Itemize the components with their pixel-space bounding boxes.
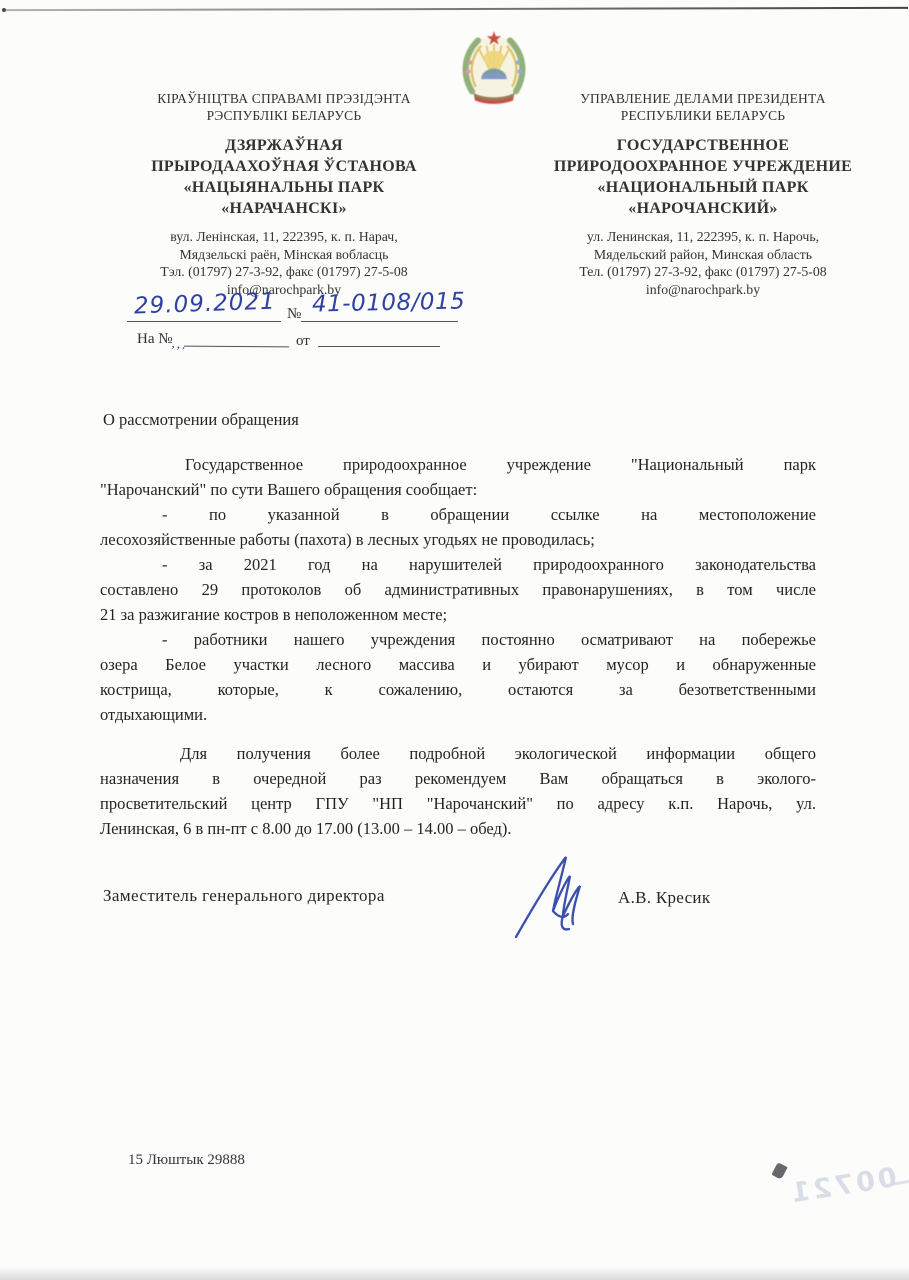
org-line: ПРИРОДООХРАННОЕ УЧРЕЖДЕНИЕ (524, 156, 882, 177)
address-line: Тэл. (01797) 27-3-92, факс (01797) 27-5-… (110, 263, 458, 281)
body-line: кострища, которые, к сожалению, остаются… (100, 677, 816, 702)
address-line: Тел. (01797) 27-3-92, факс (01797) 27-5-… (524, 263, 882, 281)
incoming-number-label: На № (137, 331, 173, 348)
scan-bottom-edge (0, 1267, 909, 1280)
body-line: составлено 29 протоколов об администрати… (100, 577, 816, 602)
body-line: озера Белое участки лесного массива и уб… (100, 652, 816, 677)
scanned-letter-page: КІРАЎНІЦТВА СПРАВАМІ ПРЭЗІДЭНТА РЭСПУБЛІ… (0, 0, 909, 1280)
org-line: «НАРАЧАНСКІ» (110, 198, 458, 219)
body-line: Государственное природоохранное учрежден… (100, 452, 816, 477)
number-underline (301, 321, 458, 322)
org-line: «НАРОЧАНСКИЙ» (524, 198, 882, 219)
handwritten-signature (512, 851, 607, 941)
address-line: Мядельский район, Минская область (524, 246, 882, 264)
letterhead-belarusian: КІРАЎНІЦТВА СПРАВАМІ ПРЭЗІДЭНТА РЭСПУБЛІ… (110, 90, 458, 298)
body-line: - по указанной в обращении ссылке на мес… (100, 502, 816, 527)
incoming-number-underline (184, 346, 289, 348)
handwritten-date: 29.09.2021 (134, 289, 277, 320)
bleedthrough-number: 00721 (766, 1162, 901, 1222)
letter-body: Государственное природоохранное учрежден… (100, 452, 816, 727)
body-line: Ленинская, 6 в пн-пт с 8.00 до 17.00 (13… (100, 816, 816, 841)
letter-closing-paragraph: Для получения более подробной экологичес… (100, 741, 816, 841)
address-line: info@narochpark.by (524, 281, 882, 299)
org-line: ПРЫРОДААХОЎНАЯ ЎСТАНОВА (110, 156, 458, 177)
signer-name: А.В. Кресик (618, 888, 710, 908)
scan-speck (2, 8, 6, 12)
body-line: назначения в очередной раз рекомендуем В… (100, 766, 816, 791)
number-label: № (287, 306, 301, 323)
organization-name-ru: ГОСУДАРСТВЕННОЕ ПРИРОДООХРАННОЕ УЧРЕЖДЕН… (524, 135, 882, 219)
authority-name-ru: УПРАВЛЕНИЕ ДЕЛАМИ ПРЕЗИДЕНТА РЕСПУБЛИКИ … (524, 90, 882, 124)
ink-marks: ,,. (171, 335, 189, 353)
body-line: просветительский центр ГПУ "НП "Нарочанс… (100, 791, 816, 816)
handwritten-outgoing-number: 41-0108/015 (312, 288, 466, 317)
address-by: вул. Ленінская, 11, 222395, к. п. Нарач,… (110, 228, 458, 298)
org-line: ДЗЯРЖАЎНАЯ (110, 135, 458, 156)
body-line: отдыхающими. (100, 702, 816, 727)
address-ru: ул. Ленинская, 11, 222395, к. п. Нарочь,… (524, 228, 882, 298)
date-underline (127, 321, 281, 322)
address-line: ул. Ленинская, 11, 222395, к. п. Нарочь, (524, 228, 882, 246)
body-line: 21 за разжигание костров в неположенном … (100, 602, 816, 627)
authority-line: КІРАЎНІЦТВА СПРАВАМІ ПРЭЗІДЭНТА (110, 90, 458, 107)
letterhead-russian: УПРАВЛЕНИЕ ДЕЛАМИ ПРЕЗИДЕНТА РЕСПУБЛИКИ … (524, 90, 882, 298)
body-line: - работники нашего учреждения постоянно … (100, 627, 816, 652)
authority-name-by: КІРАЎНІЦТВА СПРАВАМІ ПРЭЗІДЭНТА РЭСПУБЛІ… (110, 90, 458, 124)
ink-blot (771, 1162, 787, 1180)
body-line: "Нарочанский" по сути Вашего обращения с… (100, 477, 816, 502)
authority-line: РЕСПУБЛИКИ БЕЛАРУСЬ (524, 107, 882, 124)
organization-name-by: ДЗЯРЖАЎНАЯ ПРЫРОДААХОЎНАЯ ЎСТАНОВА «НАЦЫ… (110, 135, 458, 219)
org-line: ГОСУДАРСТВЕННОЕ (524, 135, 882, 156)
body-line: - за 2021 год на нарушителей природоохра… (100, 552, 816, 577)
belarus-coat-of-arms-icon (456, 25, 532, 109)
address-line: вул. Ленінская, 11, 222395, к. п. Нарач, (110, 228, 458, 246)
from-date-label: от (296, 333, 310, 350)
bleedthrough-digits: 00721 (786, 1162, 898, 1210)
authority-line: РЭСПУБЛІКІ БЕЛАРУСЬ (110, 107, 458, 124)
body-line: лесохозяйственные работы (пахота) в лесн… (100, 527, 816, 552)
org-line: «НАЦИОНАЛЬНЫЙ ПАРК (524, 177, 882, 198)
authority-line: УПРАВЛЕНИЕ ДЕЛАМИ ПРЕЗИДЕНТА (524, 90, 882, 107)
from-date-underline (318, 346, 440, 347)
scan-edge-line (2, 7, 908, 11)
address-line: Мядзельскі раён, Мінская вобласць (110, 246, 458, 264)
signer-position: Заместитель генерального директора (103, 886, 385, 906)
body-line: Для получения более подробной экологичес… (100, 741, 816, 766)
org-line: «НАЦЫЯНАЛЬНЫ ПАРК (110, 177, 458, 198)
subject-line: О рассмотрении обращения (103, 410, 299, 430)
executor-note: 15 Люштык 29888 (128, 1152, 245, 1169)
